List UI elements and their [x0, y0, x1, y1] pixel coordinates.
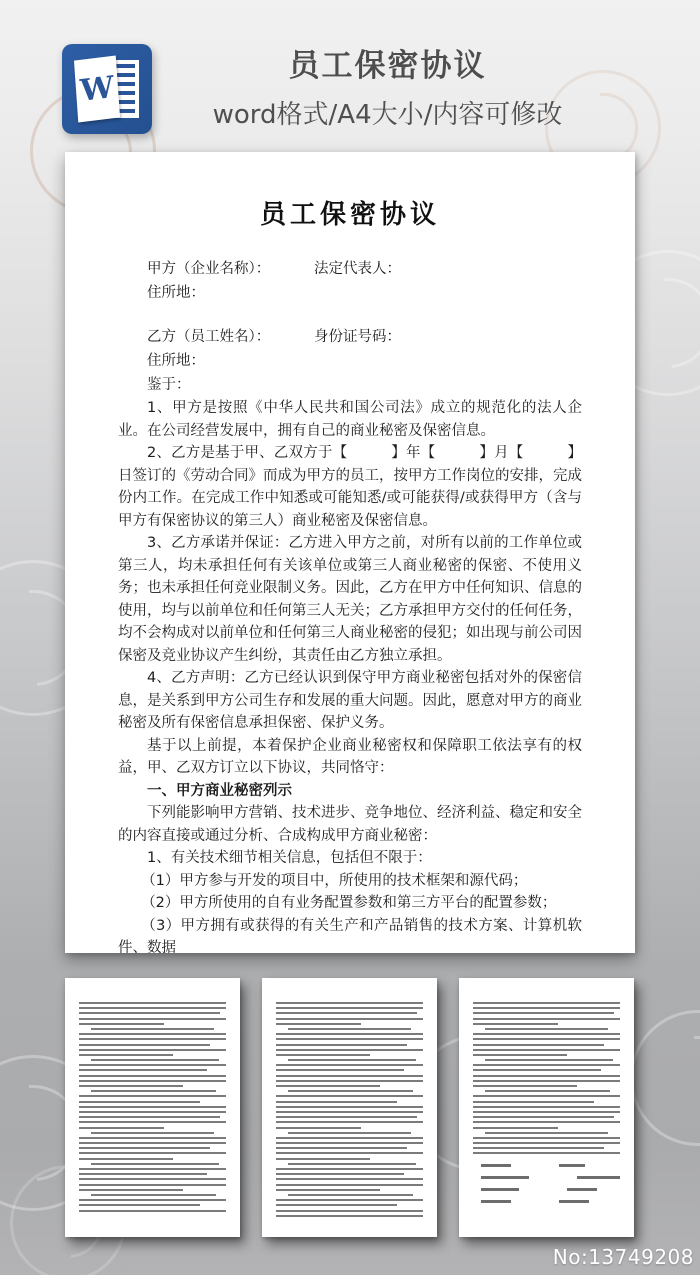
section-subitem: （1）甲方参与开发的项目中，所使用的技术框架和源代码； — [118, 870, 582, 893]
thumbnail-text-line — [473, 1106, 620, 1108]
signature-line — [481, 1200, 511, 1203]
signature-line — [481, 1164, 511, 1167]
thumbnail-text-line — [288, 1059, 416, 1061]
thumbnail-text-line — [485, 1059, 613, 1061]
thumbnail-text-line — [276, 1147, 407, 1149]
signature-row — [473, 1188, 620, 1191]
clause-paragraph: 1、甲方是按照《中华人民共和国公司法》成立的规范化的法人企业。在公司经营发展中，… — [118, 397, 582, 442]
thumbnail-text-line — [79, 1158, 173, 1160]
signature-line — [559, 1200, 589, 1203]
thumbnail-text-line — [79, 1095, 226, 1097]
thumbnail-text-line — [79, 1064, 226, 1066]
signature-line — [559, 1164, 585, 1167]
thumbnail-text-line — [79, 1018, 226, 1020]
section-intro: 下列能影响甲方营销、技术进步、竞争地位、经济利益、稳定和安全的内容直接或通过分析… — [118, 802, 582, 847]
thumbnail-text-line — [473, 1116, 614, 1118]
thumbnail-text-line — [473, 1044, 604, 1046]
thumbnail-text-line — [276, 1137, 423, 1139]
thumbnail-text-line — [79, 1033, 226, 1035]
thumbnail-text-line — [91, 1163, 219, 1165]
thumbnail-text-line — [473, 1127, 558, 1129]
thumbnail-text-line — [91, 1132, 214, 1134]
clause-paragraph: 4、乙方声明：乙方已经认识到保守甲方商业秘密包括对外的保密信息，是关系到甲方公司… — [118, 667, 582, 735]
thumbnail-text-line — [79, 1142, 226, 1144]
thumbnail-text-line — [288, 1132, 411, 1134]
thumbnail-text-line — [276, 1204, 397, 1206]
thumbnail-text-line — [276, 1007, 423, 1009]
document-preview-page: 员工保密协议 甲方（企业名称）： 法定代表人： 住所地： 乙方（员工姓名）： 身… — [65, 152, 635, 953]
header: W 员工保密协议 word格式/A4大小/内容可修改 — [0, 0, 700, 150]
thumbnail-text-line — [276, 1095, 423, 1097]
thumbnail-text-line — [276, 1012, 417, 1014]
thumbnail-text-line — [91, 1194, 216, 1196]
thumbnail-text-line — [485, 1132, 608, 1134]
thumbnail-text-line — [473, 1049, 620, 1051]
thumbnail-text-line — [79, 1137, 226, 1139]
thumbnail-text-line — [276, 1044, 407, 1046]
thumbnail-text-line — [276, 1033, 423, 1035]
thumbnail-text-line — [473, 1101, 594, 1103]
thumbnail-text-line — [91, 1059, 219, 1061]
thumbnail-text-line — [79, 1012, 220, 1014]
thumbnail-text-line — [276, 1101, 397, 1103]
thumbnail-text-line — [79, 1023, 164, 1025]
party-a-line: 甲方（企业名称）： 法定代表人： — [118, 257, 582, 281]
thumbnail-text-line — [473, 1069, 601, 1071]
thumbnail-text-line — [276, 1173, 404, 1175]
thumbnail-text-line — [276, 1064, 423, 1066]
thumbnail-text-line — [473, 1152, 620, 1154]
thumbnail-text-line — [473, 1095, 620, 1097]
thumbnail-text-line — [276, 1080, 423, 1082]
thumbnail-text-line — [473, 1137, 620, 1139]
thumbnail-text-line — [473, 1002, 620, 1004]
document-title: 员工保密协议 — [118, 194, 582, 231]
thumbnail-text-line — [473, 1111, 620, 1113]
thumbnail-text-line — [276, 1142, 423, 1144]
basis-paragraph: 基于以上前提，本着保护企业商业秘密权和保障职工依法享有的权益，甲、乙双方订立以下… — [118, 735, 582, 780]
thumbnail-text-line — [79, 1168, 226, 1170]
thumbnail-text-line — [288, 1163, 416, 1165]
thumbnail-text-line — [473, 1121, 620, 1123]
thumbnail-text-line — [79, 1111, 226, 1113]
spacer — [118, 305, 582, 325]
thumbnail-text-line — [276, 1215, 423, 1217]
document-body: 甲方（企业名称）： 法定代表人： 住所地： 乙方（员工姓名）： 身份证号码： 住… — [118, 257, 582, 960]
thumbnail-text-line — [473, 1033, 620, 1035]
thumbnail-text-line — [276, 1178, 423, 1180]
party-b-id-label: 身份证号码： — [314, 325, 401, 349]
thumbnail-text-line — [473, 1038, 620, 1040]
thumbnail-text-line — [276, 1111, 423, 1113]
clause-paragraph: 2、乙方是基于甲、乙双方于【 】年【 】月【 】日签订的《劳动合同》而成为甲方的… — [118, 442, 582, 532]
signature-block — [473, 1164, 620, 1203]
section-item-head: 1、有关技术细节相关信息，包括但不限于： — [118, 847, 582, 870]
page-thumbnail-4 — [459, 978, 634, 1237]
page-thumbnail-3 — [262, 978, 437, 1237]
thumbnail-text-line — [485, 1090, 610, 1092]
whereas-label: 鉴于： — [118, 373, 582, 397]
thumbnail-text-line — [79, 1173, 207, 1175]
thumbnail-text-line — [276, 1085, 380, 1087]
thumbnail-text-line — [276, 1049, 423, 1051]
watermark-swirl-icon — [630, 1010, 700, 1146]
thumbnail-text-line — [473, 1080, 620, 1082]
thumbnail-text-line — [276, 1168, 423, 1170]
thumbnail-text-line — [79, 1075, 226, 1077]
thumbnail-text-line — [79, 1038, 226, 1040]
signature-row — [473, 1200, 620, 1203]
party-a-rep-label: 法定代表人： — [314, 257, 401, 281]
signature-line — [567, 1188, 597, 1191]
thumbnail-text-line — [79, 1069, 207, 1071]
thumbnail-text-line — [91, 1090, 216, 1092]
thumbnail-text-line — [276, 1002, 423, 1004]
thumbnail-text-line — [473, 1064, 620, 1066]
clause-paragraph: 3、乙方承诺并保证：乙方进入甲方之前，对所有以前的工作单位或第三人，均未承担任何… — [118, 532, 582, 667]
thumbnail-text-line — [276, 1199, 423, 1201]
party-b-address-label: 住所地： — [118, 349, 582, 373]
thumbnail-text-line — [276, 1023, 361, 1025]
party-b-line: 乙方（员工姓名）： 身份证号码： — [118, 325, 582, 349]
thumbnail-text-line — [79, 1085, 183, 1087]
thumbnail-text-line — [79, 1189, 183, 1191]
party-a-address-label: 住所地： — [118, 281, 582, 305]
thumbnail-text-line — [79, 1121, 226, 1123]
thumbnail-text-line — [288, 1194, 413, 1196]
thumbnail-text-line — [473, 1075, 620, 1077]
thumbnail-text-line — [79, 1152, 226, 1154]
thumbnail-text-line — [79, 1044, 210, 1046]
thumbnail-text-line — [276, 1152, 423, 1154]
thumbnail-text-line — [288, 1028, 411, 1030]
thumbnail-text-line — [79, 1199, 226, 1201]
thumbnail-text-line — [473, 1142, 620, 1144]
party-a-name-label: 甲方（企业名称）： — [147, 261, 270, 277]
thumbnail-text-line — [79, 1080, 226, 1082]
thumbnail-text-line — [79, 1204, 200, 1206]
thumbnail-text-line — [473, 1085, 577, 1087]
thumbnail-text-line — [79, 1210, 226, 1212]
party-b-name-label: 乙方（员工姓名）： — [147, 329, 270, 345]
thumbnail-text-line — [79, 1106, 226, 1108]
section-subitem: （3）甲方拥有或获得的有关生产和产品销售的技术方案、计算机软件、数据 — [118, 915, 582, 960]
thumbnail-text-line — [79, 1007, 226, 1009]
thumbnail-text-line — [276, 1121, 423, 1123]
thumbnail-text-line — [79, 1054, 173, 1056]
thumbnail-text-line — [276, 1189, 380, 1191]
section-heading: 一、甲方商业秘密列示 — [118, 780, 582, 803]
thumbnail-text-line — [79, 1116, 220, 1118]
page-title: 员工保密协议 — [75, 40, 700, 85]
thumbnail-text-line — [91, 1028, 214, 1030]
thumbnail-text-line — [473, 1018, 620, 1020]
thumbnail-text-line — [473, 1147, 604, 1149]
template-preview-image: { "header": { "title": "员工保密协议", "subtit… — [0, 0, 700, 1275]
signature-line — [577, 1176, 620, 1179]
section-subitem: （2）甲方所使用的自有业务配置参数和第三方平台的配置参数； — [118, 892, 582, 915]
thumbnail-text-line — [276, 1127, 361, 1129]
thumbnail-text-line — [473, 1012, 614, 1014]
thumbnail-text-line — [276, 1210, 423, 1212]
thumbnail-text-line — [276, 1075, 423, 1077]
header-text: 员工保密协议 word格式/A4大小/内容可修改 — [75, 40, 700, 131]
thumbnail-text-line — [288, 1090, 413, 1092]
thumbnail-text-line — [276, 1069, 404, 1071]
thumbnail-text-line — [276, 1116, 417, 1118]
thumbnail-text-line — [485, 1028, 608, 1030]
thumbnail-text-line — [276, 1018, 423, 1020]
thumbnail-text-line — [276, 1038, 423, 1040]
thumbnail-text-line — [79, 1178, 226, 1180]
signature-line — [481, 1176, 529, 1179]
thumbnail-text-line — [79, 1184, 226, 1186]
thumbnail-text-line — [276, 1054, 370, 1056]
signature-line — [481, 1188, 519, 1191]
thumbnail-text-line — [79, 1127, 164, 1129]
thumbnail-text-line — [276, 1184, 423, 1186]
document-content: 员工保密协议 甲方（企业名称）： 法定代表人： 住所地： 乙方（员工姓名）： 身… — [65, 152, 635, 960]
signature-row — [473, 1176, 620, 1179]
thumbnail-text-line — [79, 1147, 210, 1149]
thumbnail-text-line — [79, 1002, 226, 1004]
thumbnail-text-line — [473, 1007, 620, 1009]
thumbnail-text-line — [473, 1054, 567, 1056]
thumbnail-text-line — [79, 1049, 226, 1051]
thumbnail-text-line — [79, 1101, 200, 1103]
page-subtitle: word格式/A4大小/内容可修改 — [75, 94, 700, 131]
page-thumbnail-2 — [65, 978, 240, 1237]
signature-row — [473, 1164, 620, 1167]
thumbnail-text-line — [276, 1106, 423, 1108]
thumbnail-text-line — [473, 1023, 558, 1025]
thumbnail-text-line — [276, 1158, 370, 1160]
serial-number: No:13749208 — [553, 1245, 694, 1269]
page-thumbnails — [65, 978, 635, 1237]
